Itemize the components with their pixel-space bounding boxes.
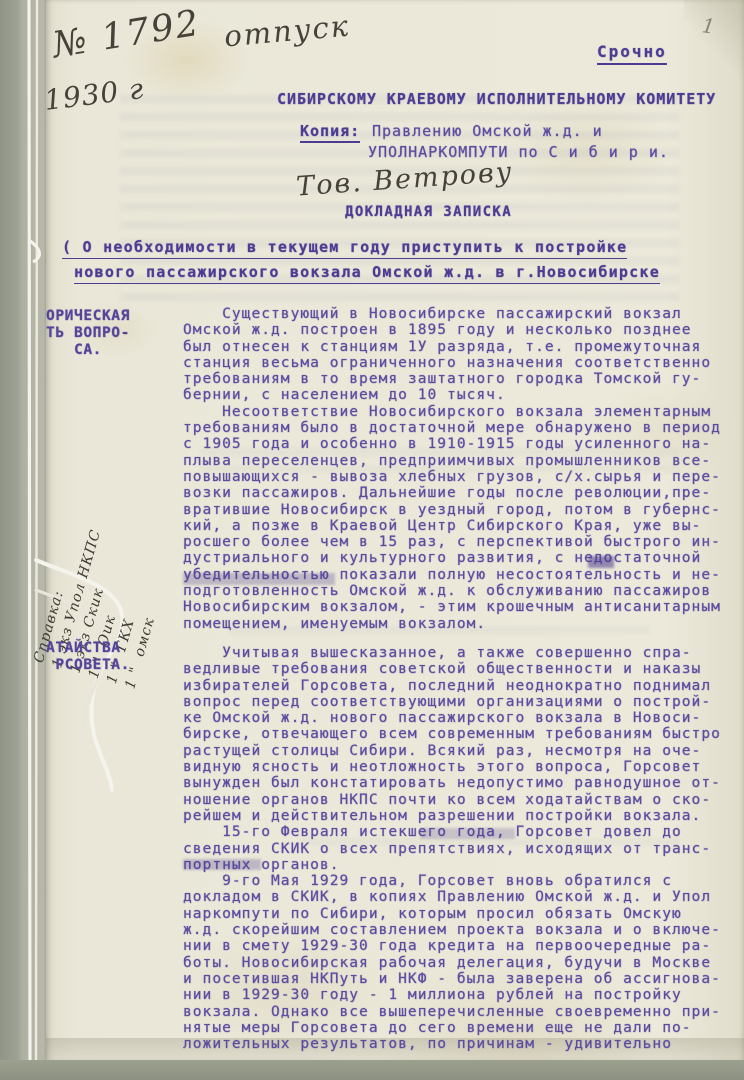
margin-note-historical: ОРИЧЕСКАЯ ТЬ ВОПРО- СА. xyxy=(46,308,130,359)
copy-line-1: Правлению Омской ж.д. и xyxy=(372,122,603,140)
body-text-block-2: Учитывая вышесказанное, а также совершен… xyxy=(183,645,721,1052)
copy-label: Копия: xyxy=(300,122,360,143)
margin-note-petitions: АТАЙСТВА РСОВЕТА. xyxy=(46,640,130,674)
doc-type-title: ДОКЛАДНАЯ ЗАПИСКА xyxy=(345,204,512,220)
paper-corner xyxy=(684,0,744,80)
subject-line-1: ( О необходимости в текущем году приступ… xyxy=(62,238,627,259)
folder-bottom-edge xyxy=(0,1060,744,1080)
urgent-note: Срочно xyxy=(597,42,667,65)
copy-line-2: УПОЛНАРКОМПУТИ по С и б и р и. xyxy=(368,143,669,161)
recipient-line: СИБИРСКОМУ КРАЕВОМУ ИСПОЛНИТЕЛЬНОМУ КОМИ… xyxy=(277,90,716,108)
subject-line-2: нового пассажирского вокзала Омской ж.д.… xyxy=(74,263,660,284)
body-text-block-1: Существующий в Новосибирске пассажирский… xyxy=(183,306,721,632)
document-page: № 1792 1930 г отпуск 1 Тов. Ветрову Спра… xyxy=(0,0,744,1080)
